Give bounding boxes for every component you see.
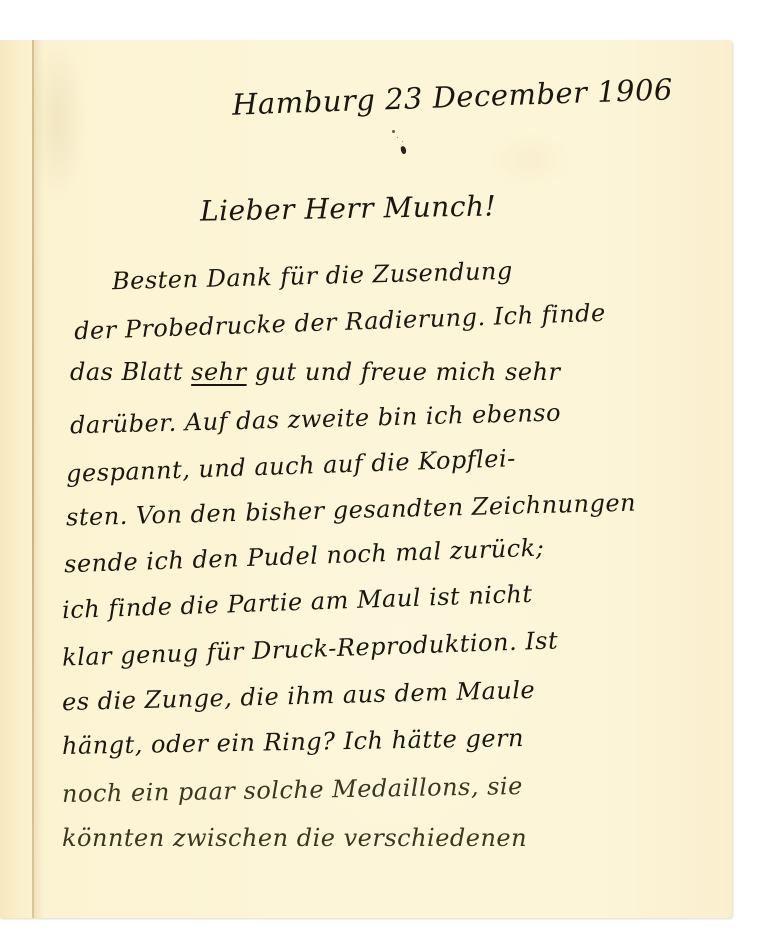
letter-line-3-pre: das Blatt: [70, 358, 191, 386]
emphasized-word: sehr: [191, 358, 246, 386]
letter-line-7: sende ich den Pudel noch mal zurück;: [64, 534, 545, 579]
letter-line-8: ich finde die Partie am Maul ist nicht: [62, 580, 533, 624]
fold-shadow: [34, 40, 44, 918]
letter-line-13: könnten zwischen die verschiedenen: [62, 824, 527, 852]
fold-line: [32, 40, 34, 918]
letter-line-5: gespannt, und auch auf die Kopflei-: [66, 444, 517, 488]
letter-line-3: das Blatt sehr gut und freue mich sehr: [70, 358, 561, 386]
letter-line-11: hängt, oder ein Ring? Ich hätte gern: [62, 724, 524, 760]
letter-line-2: der Probedrucke der Radierung. Ich finde: [74, 299, 607, 346]
letter-line-1: Besten Dank für die Zusendung: [112, 257, 513, 295]
place-date: Hamburg 23 December 1906: [232, 72, 674, 121]
letter-line-3-post: gut und freue mich sehr: [247, 358, 561, 386]
letter-paper: Hamburg 23 December 1906 Lieber Herr Mun…: [0, 40, 732, 918]
letter-line-10: es die Zunge, die ihm aus dem Maule: [62, 676, 536, 716]
ink-speckles: [392, 130, 395, 133]
ink-blot: [400, 145, 407, 154]
salutation: Lieber Herr Munch!: [200, 189, 497, 227]
letter-line-9: klar genug für Druck-Reproduktion. Ist: [62, 626, 559, 671]
letter-line-12: noch ein paar solche Medaillons, sie: [62, 772, 523, 808]
letter-line-4: darüber. Auf das zweite bin ich ebenso: [70, 399, 562, 440]
scanned-letter: Hamburg 23 December 1906 Lieber Herr Mun…: [0, 0, 766, 950]
letter-line-6: sten. Von den bisher gesandten Zeichnung…: [66, 489, 637, 532]
